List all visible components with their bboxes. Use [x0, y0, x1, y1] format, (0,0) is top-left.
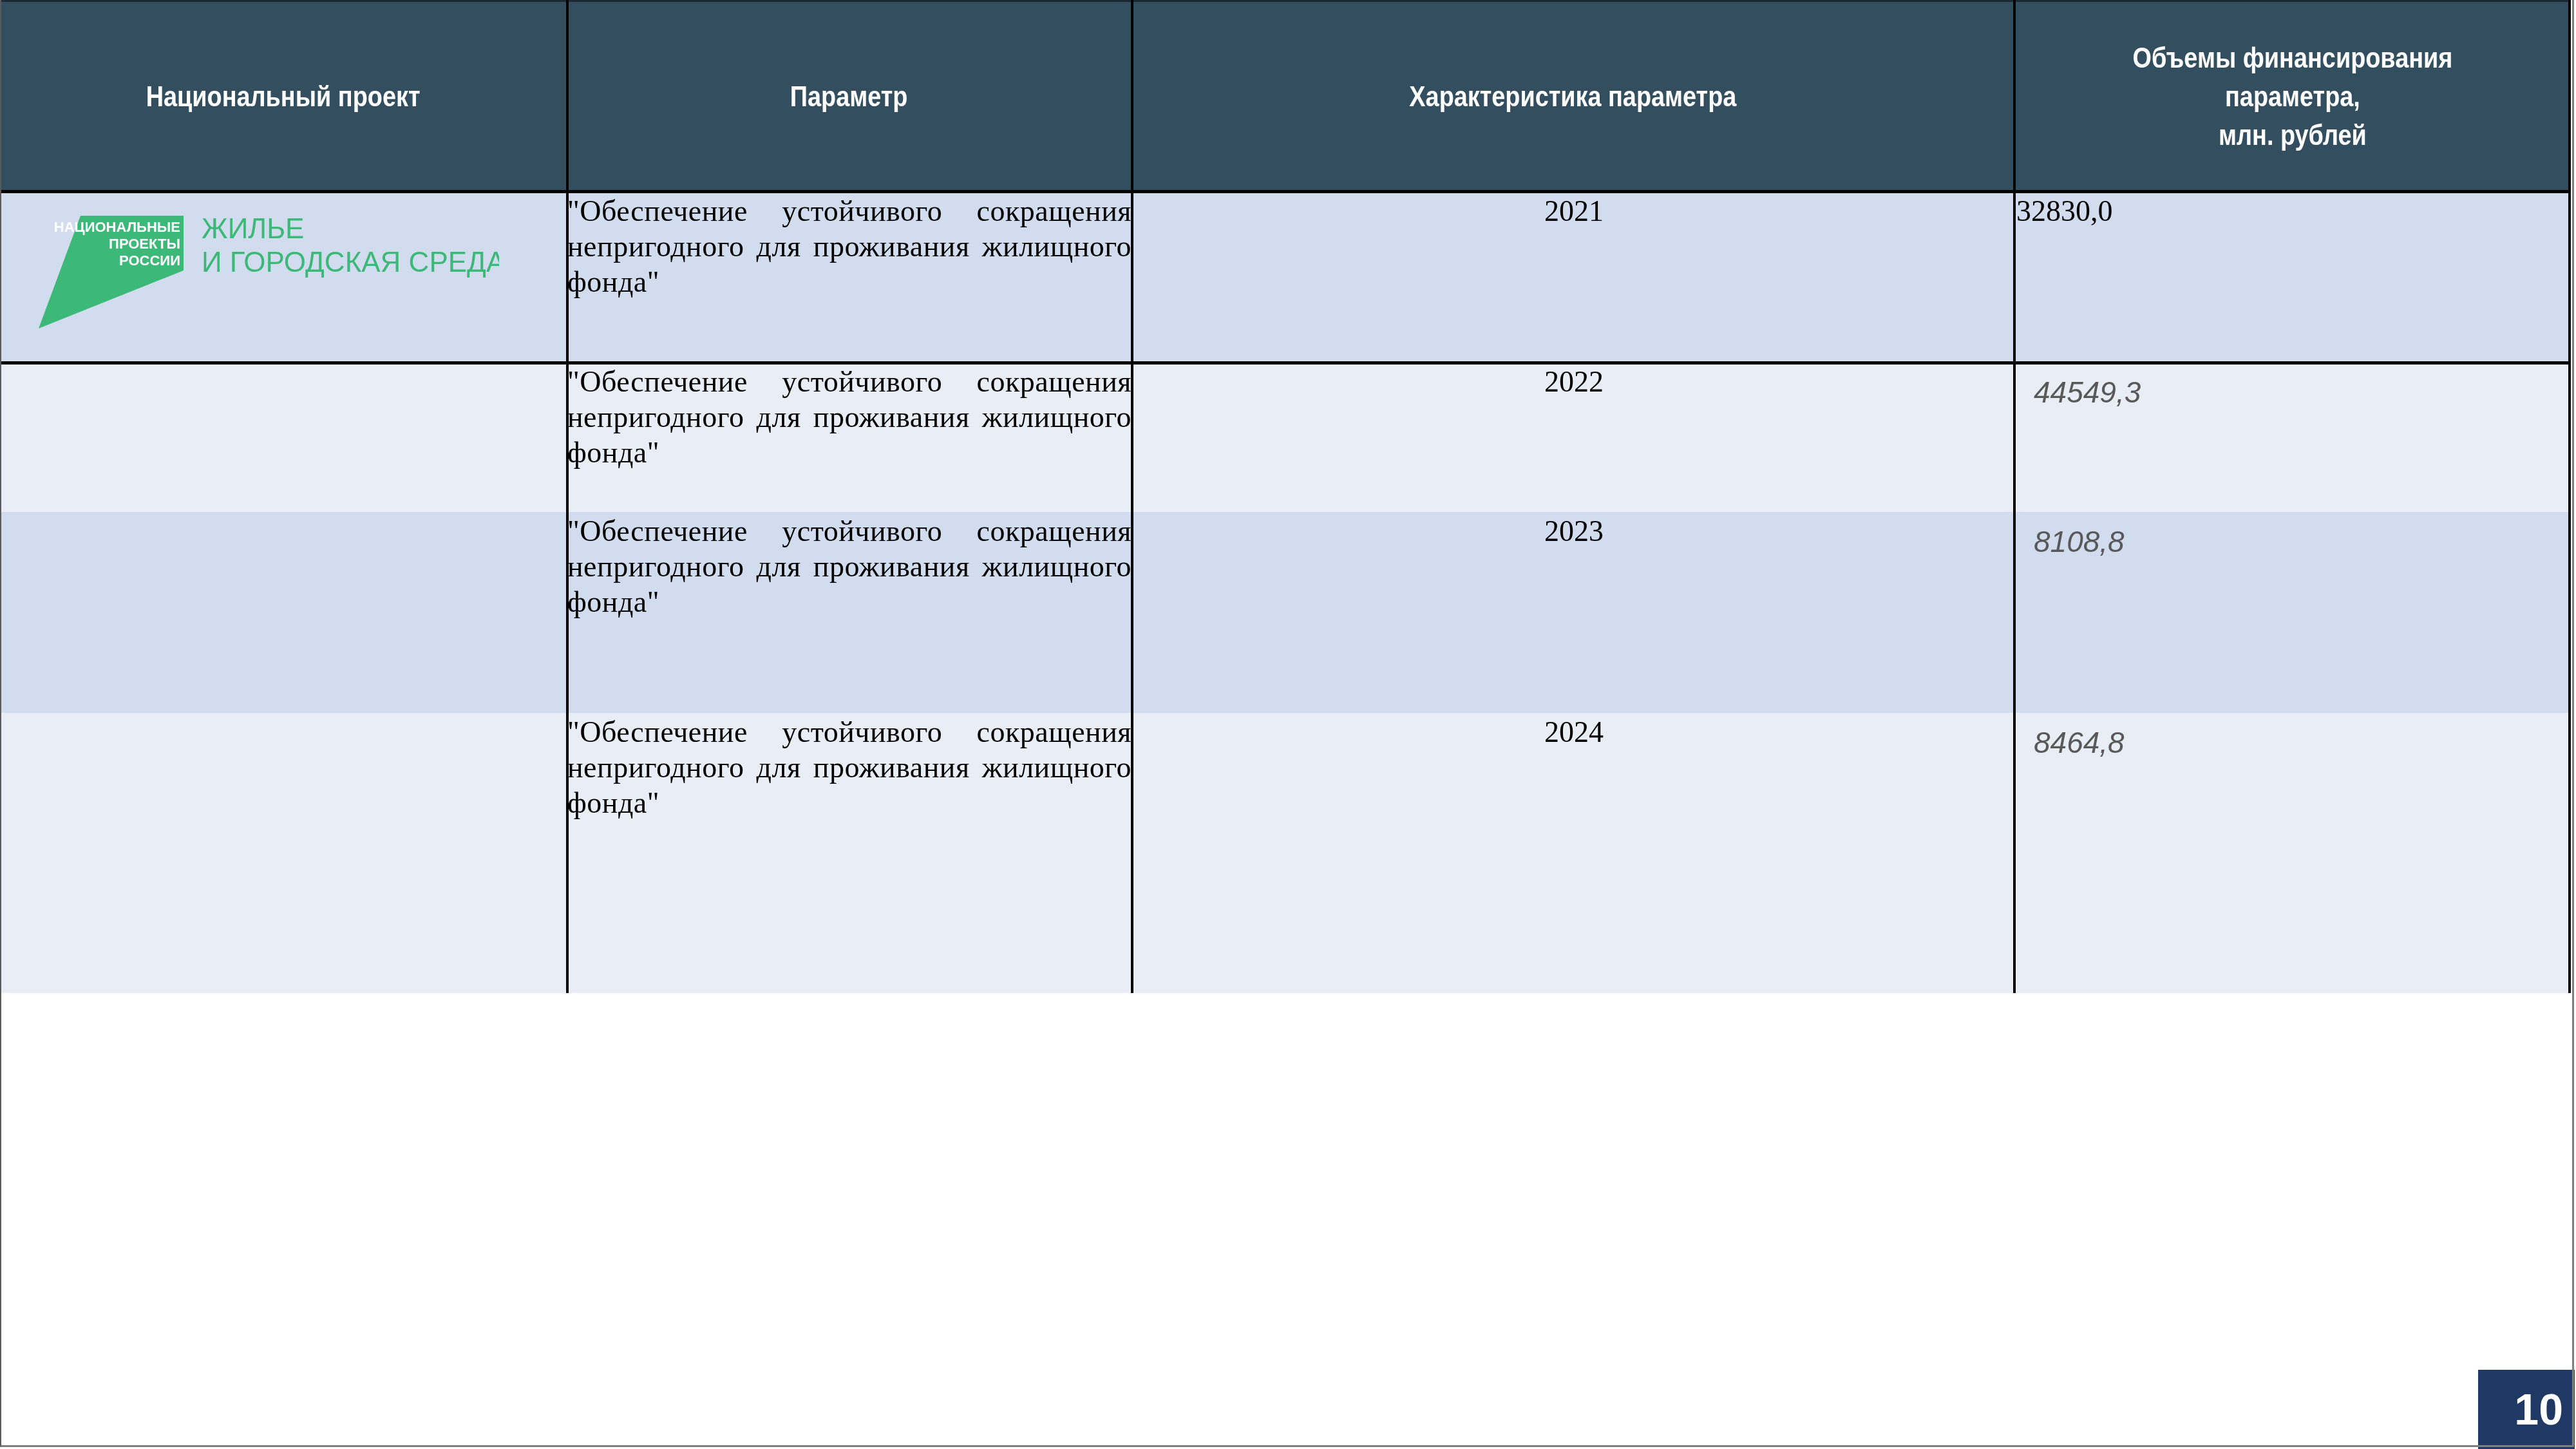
funding-cell: 32830,0 — [2016, 193, 2113, 229]
column-divider — [1131, 0, 1133, 993]
parameter-cell: "Обеспечение устойчивого сокращения непр… — [567, 714, 1132, 820]
characteristic-cell: 2021 — [1134, 193, 2014, 229]
parameter-cell: "Обеспечение устойчивого сокращения непр… — [567, 193, 1132, 299]
header-label: Характеристика параметра — [1409, 78, 1736, 117]
header-funding: Объемы финансирования параметра, млн. ру… — [2014, 0, 2571, 192]
svg-text:НАЦИОНАЛЬНЫЕ: НАЦИОНАЛЬНЫЕ — [54, 219, 180, 235]
svg-text:ЖИЛЬЕ: ЖИЛЬЕ — [202, 213, 304, 245]
page-number: 10 — [2514, 1385, 2563, 1435]
header-characteristic: Характеристика параметра — [1132, 0, 2014, 192]
national-projects-russia-logo-icon: НАЦИОНАЛЬНЫЕ ПРОЕКТЫ РОССИИ ЖИЛЬЕ И ГОРО… — [35, 213, 499, 341]
funding-cell: 8464,8 — [2034, 725, 2125, 761]
characteristic-cell: 2022 — [1134, 364, 2014, 399]
header-national-project: Национальный проект — [0, 0, 567, 192]
header-label: Объемы финансирования параметра, млн. ру… — [2132, 39, 2452, 155]
page-number-badge: 10 — [2478, 1370, 2575, 1449]
svg-text:ПРОЕКТЫ: ПРОЕКТЫ — [109, 236, 180, 252]
column-divider — [2013, 0, 2016, 993]
svg-text:И ГОРОДСКАЯ СРЕДА: И ГОРОДСКАЯ СРЕДА — [202, 247, 499, 278]
table-row — [0, 713, 2570, 993]
parameter-cell: "Обеспечение устойчивого сокращения непр… — [567, 513, 1132, 620]
project-logo: НАЦИОНАЛЬНЫЕ ПРОЕКТЫ РОССИИ ЖИЛЬЕ И ГОРО… — [35, 213, 499, 341]
characteristic-cell: 2023 — [1134, 513, 2014, 549]
header-label: Национальный проект — [146, 78, 421, 117]
parameter-cell: "Обеспечение устойчивого сокращения непр… — [567, 364, 1132, 470]
header-label: Параметр — [790, 78, 908, 117]
characteristic-cell: 2024 — [1134, 714, 2014, 750]
svg-text:РОССИИ: РОССИИ — [119, 252, 180, 269]
funding-cell: 44549,3 — [2034, 375, 2141, 410]
table-right-border — [2568, 0, 2571, 993]
header-parameter: Параметр — [567, 0, 1132, 192]
column-divider — [566, 0, 569, 993]
funding-cell: 8108,8 — [2034, 524, 2125, 560]
